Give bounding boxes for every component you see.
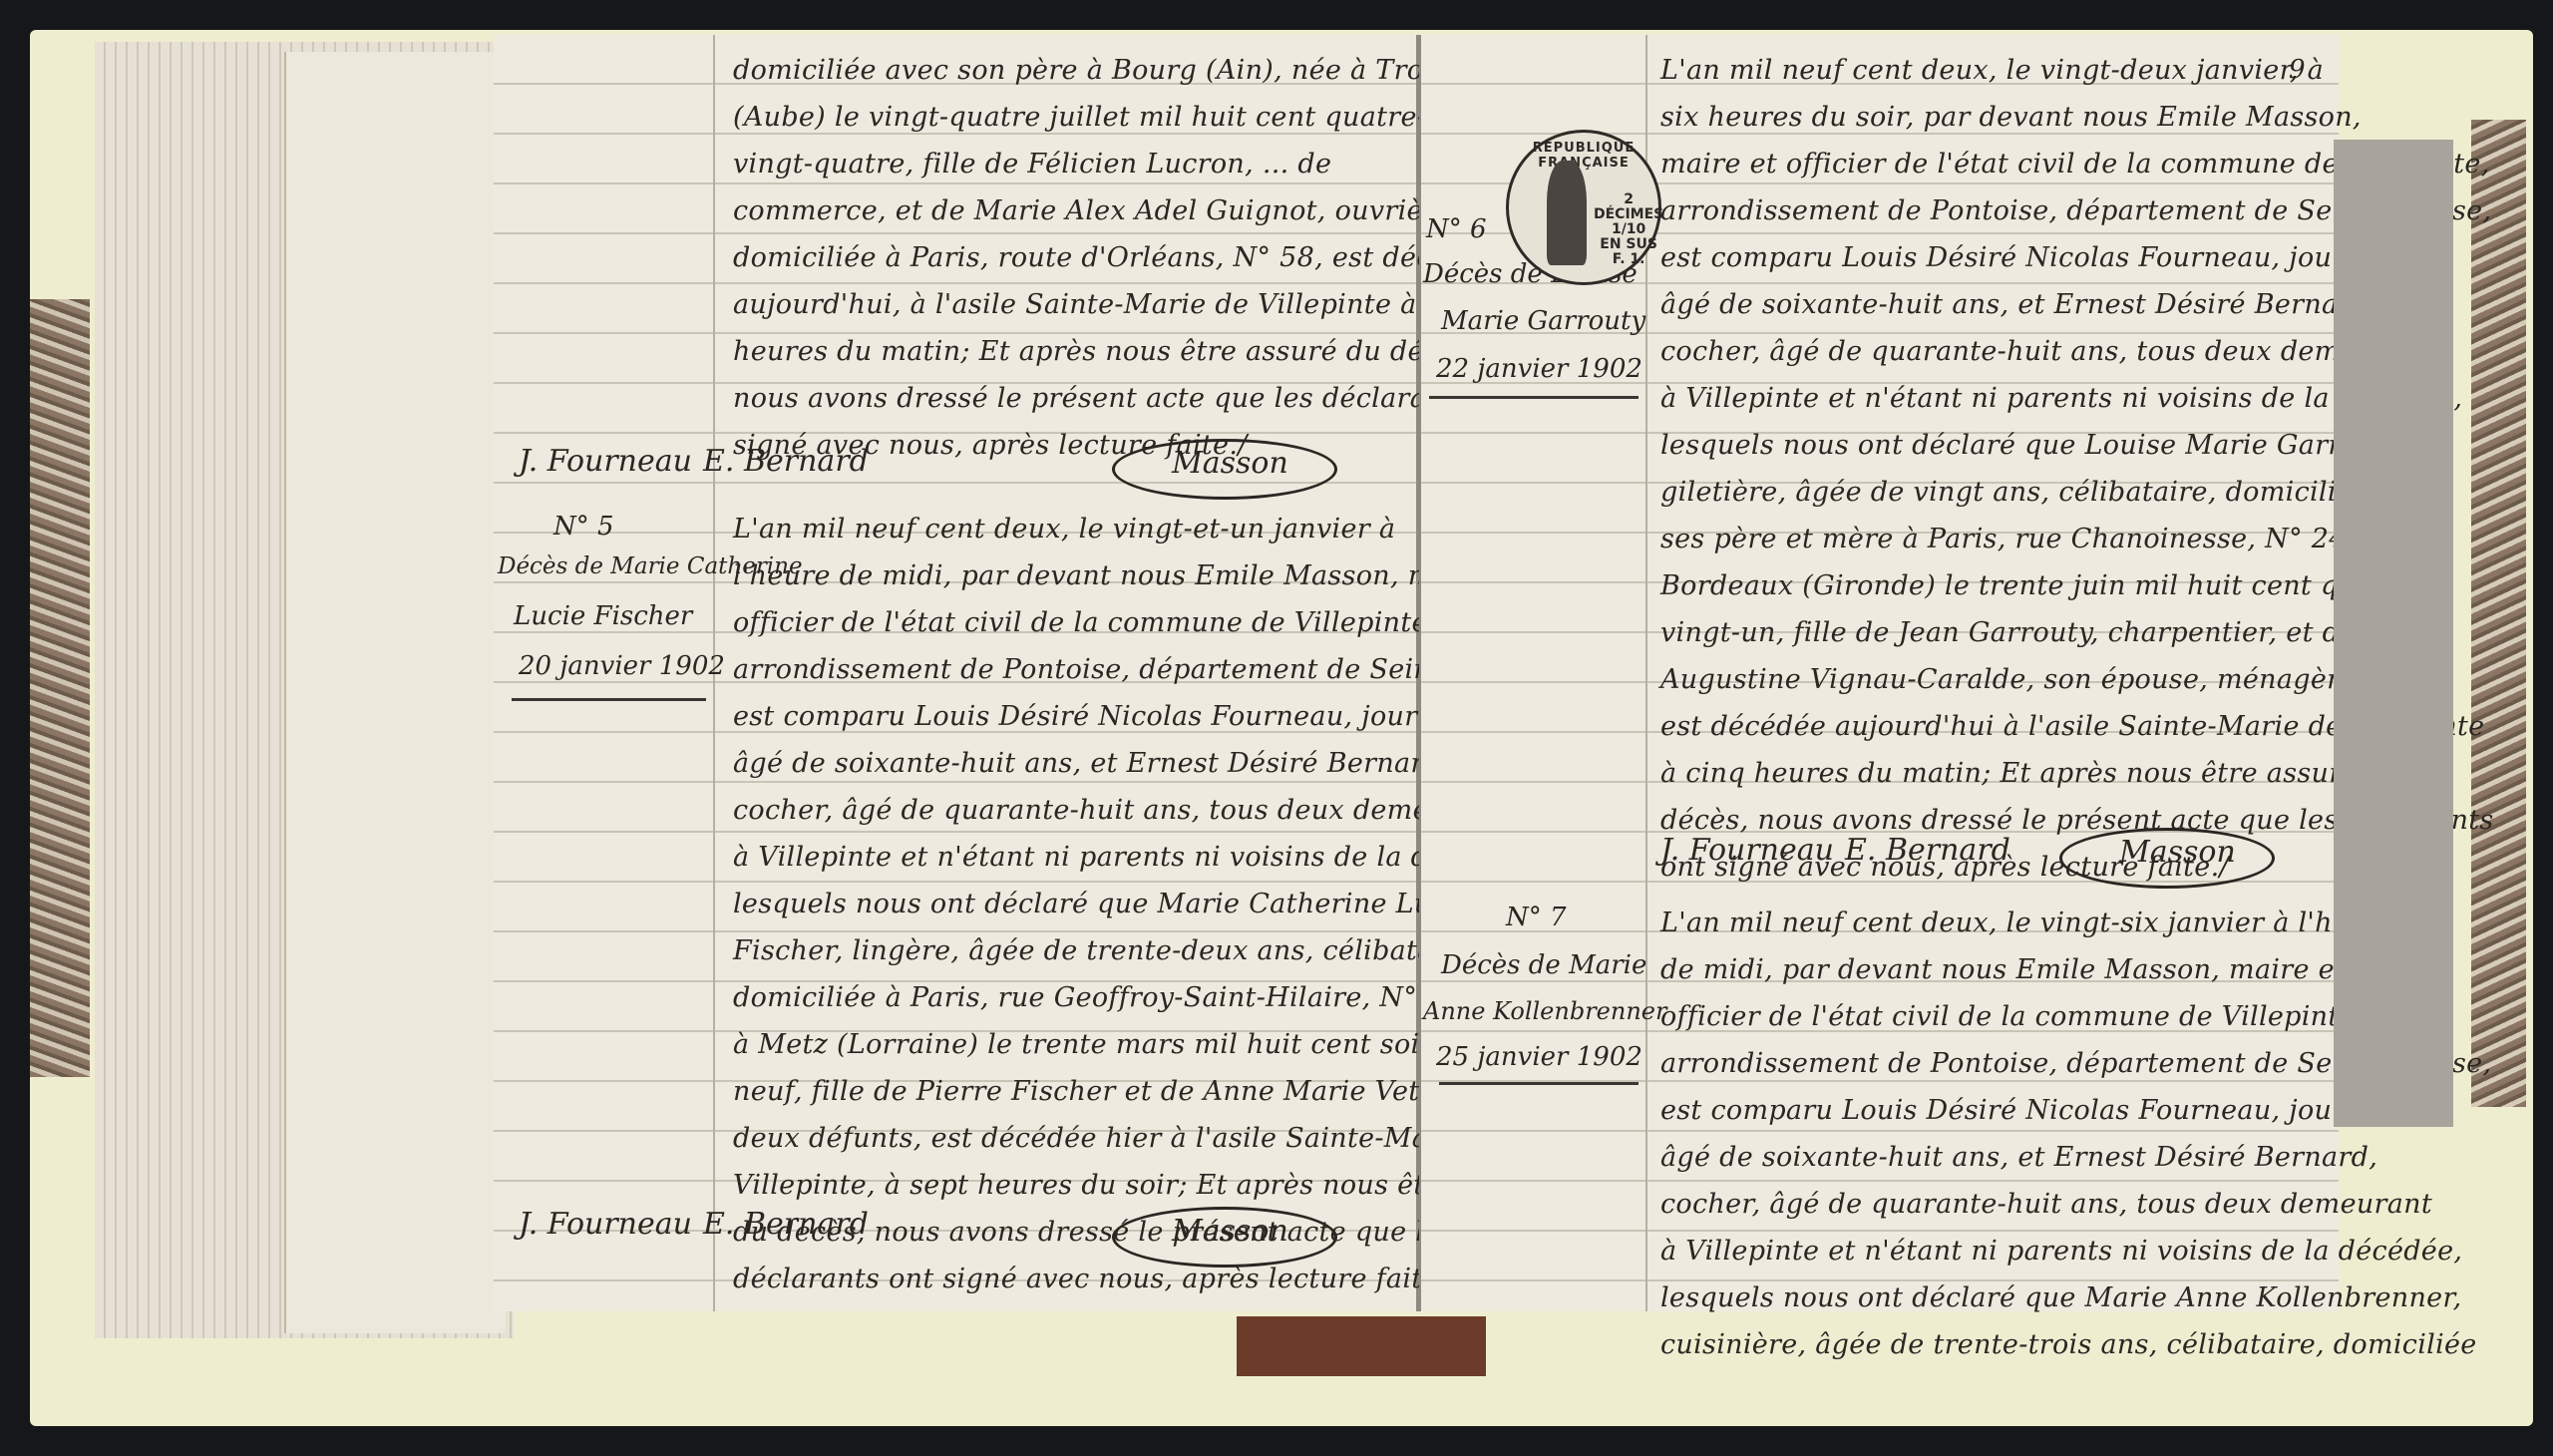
handwritten-line: neuf, fille de Pierre Fischer et de Anne… xyxy=(733,1076,1514,1107)
marianne-figure-icon xyxy=(1547,161,1587,265)
margin-date: 20 janvier 1902 xyxy=(519,651,725,681)
entry-number: N° 6 xyxy=(1426,214,1487,244)
handwritten-line: âgé de soixante-huit ans, et Ernest Dési… xyxy=(1660,1142,2377,1173)
handwritten-line: domiciliée avec son père à Bourg (Ain), … xyxy=(733,55,1469,86)
entry-number: N° 5 xyxy=(553,512,614,542)
handwritten-line: domiciliée à Paris, route d'Orléans, N° … xyxy=(733,242,1498,273)
marbled-edge-right xyxy=(2471,120,2526,1107)
signature-masson: Masson xyxy=(2119,835,2236,870)
handwritten-line: nous avons dressé le présent acte que le… xyxy=(733,383,1523,414)
margin-title-line: Lucie Fischer xyxy=(514,601,692,631)
handwritten-line: vingt-quatre, fille de Félicien Lucron, … xyxy=(733,149,1331,180)
signature-fourneau: J. Fourneau xyxy=(519,444,692,479)
handwritten-line: âgé de soixante-huit ans, et Ernest Dési… xyxy=(1660,289,2377,320)
grey-insert-sheet xyxy=(2334,140,2453,1127)
handwritten-line: heures du matin; Et après nous être assu… xyxy=(733,336,1479,367)
handwritten-line: L'an mil neuf cent deux, le vingt-six ja… xyxy=(1660,908,2395,938)
handwritten-line: à Villepinte et n'étant ni parents ni vo… xyxy=(1660,1236,2462,1267)
handwritten-line: Fischer, lingère, âgée de trente-deux an… xyxy=(733,935,1481,966)
handwritten-line: est comparu Louis Désiré Nicolas Fournea… xyxy=(1660,242,2432,273)
handwritten-line: cocher, âgé de quarante-huit ans, tous d… xyxy=(733,795,1505,826)
margin-date: 25 janvier 1902 xyxy=(1436,1042,1642,1072)
handwritten-line: deux défunts, est décédée hier à l'asile… xyxy=(733,1123,1509,1154)
tax-stamp: REPUBLIQUE FRANÇAISE 2 DÉCIMES 1/10 EN S… xyxy=(1506,130,1661,285)
handwritten-line: lesquels nous ont déclaré que Marie Cath… xyxy=(733,889,1472,919)
handwritten-line: (Aube) le vingt-quatre juillet mil huit … xyxy=(733,102,1426,133)
signature-bernard: E. Bernard xyxy=(703,444,869,479)
marbled-edge-left xyxy=(30,299,90,1077)
handwritten-line: commerce, et de Marie Alex Adel Guignot,… xyxy=(733,195,1461,226)
handwritten-line: officier de l'état civil de la commune d… xyxy=(733,607,1437,638)
handwritten-line: giletière, âgée de vingt ans, célibatair… xyxy=(1660,477,2441,508)
handwritten-line: à Villepinte et n'étant ni parents ni vo… xyxy=(733,842,1535,873)
handwritten-line: cuisinière, âgée de trente-trois ans, cé… xyxy=(1660,1329,2477,1360)
handwritten-line: de midi, par devant nous Emile Masson, m… xyxy=(1660,954,2346,985)
handwritten-line: lesquels nous ont déclaré que Louise Mar… xyxy=(1660,430,2407,461)
handwritten-line: six heures du soir, par devant nous Emil… xyxy=(1660,102,2362,133)
handwritten-line: à cinq heures du matin; Et après nous êt… xyxy=(1660,758,2402,789)
handwritten-line: est comparu Louis Désiré Nicolas Fournea… xyxy=(733,701,1505,732)
handwritten-line: L'an mil neuf cent deux, le vingt-et-un … xyxy=(733,514,1395,545)
handwritten-line: cocher, âgé de quarante-huit ans, tous d… xyxy=(1660,336,2432,367)
signature-masson: Masson xyxy=(1172,1214,1288,1249)
handwritten-line: aujourd'hui, à l'asile Sainte-Marie de V… xyxy=(733,289,1490,320)
handwritten-line: vingt-un, fille de Jean Garrouty, charpe… xyxy=(1660,617,2356,648)
handwritten-line: âgé de soixante-huit ans, et Ernest Dési… xyxy=(733,748,1450,779)
entry-number: N° 7 xyxy=(1506,903,1567,932)
signature-fourneau: J. Fourneau xyxy=(1660,833,1834,868)
margin-title-line: Décès de Marie xyxy=(1441,950,1646,980)
handwritten-line: L'an mil neuf cent deux, le vingt-deux j… xyxy=(1660,55,2324,86)
left-page: domiciliée avec son père à Bourg (Ain), … xyxy=(494,35,1419,1311)
handwritten-line: déclarants ont signé avec nous, après le… xyxy=(733,1264,1457,1294)
handwritten-line: est comparu Louis Désiré Nicolas Fournea… xyxy=(1660,1095,2432,1126)
handwritten-line: cocher, âgé de quarante-huit ans, tous d… xyxy=(1660,1189,2432,1220)
handwritten-line: domiciliée à Paris, rue Geoffroy-Saint-H… xyxy=(733,982,1529,1013)
handwritten-line: l'heure de midi, par devant nous Emile M… xyxy=(733,560,1525,591)
book-spine xyxy=(1237,1316,1486,1376)
handwritten-line: Bordeaux (Gironde) le trente juin mil hu… xyxy=(1660,570,2422,601)
margin-title-line: Anne Kollenbrenner xyxy=(1423,997,1666,1025)
handwritten-line: à Metz (Lorraine) le trente mars mil hui… xyxy=(733,1029,1506,1060)
signature-bernard: E. Bernard xyxy=(1845,833,2010,868)
signature-masson: Masson xyxy=(1172,446,1288,481)
handwritten-line: Augustine Vignau-Caralde, son épouse, mé… xyxy=(1660,664,2366,695)
handwritten-line: officier de l'état civil de la commune d… xyxy=(1660,1001,2365,1032)
signature-fourneau: J. Fourneau xyxy=(519,1207,692,1242)
margin-date: 22 janvier 1902 xyxy=(1436,354,1642,384)
blank-leaf-left xyxy=(284,52,506,1333)
signature-bernard: E. Bernard xyxy=(703,1207,869,1242)
handwritten-line: lesquels nous ont déclaré que Marie Anne… xyxy=(1660,1282,2462,1313)
handwritten-line: ses père et mère à Paris, rue Chanoiness… xyxy=(1660,524,2439,554)
margin-title-line: Marie Garrouty xyxy=(1441,306,1645,336)
